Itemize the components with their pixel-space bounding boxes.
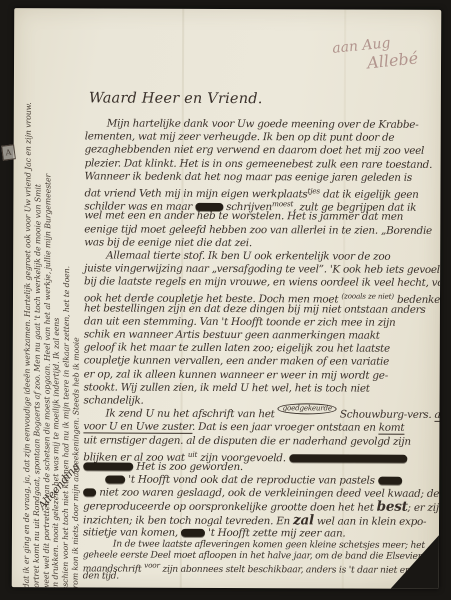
inserted-word: voor [144,561,160,570]
handwritten-text: dan uit een stemming. Van 't Hoofft toon… [84,315,396,328]
handwritten-text: Ik zend U nu het afschrift van het [105,408,277,421]
underlined-word: komt [379,422,405,435]
inserted-word: moest [272,199,293,208]
ink-scribble [378,477,402,485]
inserted-word: (zooals ze niet) [341,292,394,301]
handwritten-text: . Dat is een jaar vroeger ontstaan en [192,421,379,434]
handwritten-text: wel met een en ander heb te worstelen. H… [84,210,403,223]
handwritten-text: plezier. Dat klinkt. Het is in ons gemee… [85,157,433,171]
letter-line: gereproduceerde op oorspronkelijke groot… [83,500,441,515]
handwritten-text: ; er zijn zoovele [408,502,442,514]
inserted-word: tjes [307,186,320,195]
ink-scribble [105,476,125,484]
underlined-word: voor U en Uwe zuster [83,421,192,434]
emphasized-word: best [377,499,408,515]
letter-paper: aan Aug Allebé Waard Heer en Vriend. Mij… [12,8,442,589]
underlined-word: alleen [434,409,441,422]
margin-line: hierom kon ik niets, door mijn aanteeken… [71,48,83,589]
handwritten-text: lementen, wat mij zeer verheugde. Ik ben… [85,131,395,144]
letter-body: Mijn hartelijke dank voor Uw goede meeni… [83,117,441,583]
ink-scribble [289,454,407,463]
letter-line: uit ernstiger dagen. al de disputen die … [83,434,441,449]
handwritten-text: juiste vingerwijzing naar „versafgoding … [84,262,441,276]
handwritten-text: uit ernstiger dagen. al de disputen die … [83,434,410,447]
handwritten-text: was bij de eenige niet die dat zei. [84,236,252,249]
handwritten-text: gereproduceerde op oorspronkelijke groot… [83,501,377,514]
photo-background: aan Aug Allebé Waard Heer en Vriend. Mij… [0,0,451,600]
handwritten-text: Schouwburg-vers. [337,409,435,421]
circled-word: goedgekeurde [278,403,337,414]
handwritten-text: 't Hoofft zette mij zeer aan. [205,527,345,540]
handwritten-text: Het is zoo geworden. [133,460,243,472]
handwritten-text: stookt. Wij zullen zien, ik meld U het w… [84,381,370,394]
pencil-addressee-note: aan Aug Allebé [331,32,418,76]
handwritten-text: er op, zal ik alleen kunnen wanneer er w… [84,368,388,381]
margin-annotations: en dat ik er ging en de vraag, ja, dat z… [22,48,94,589]
handwritten-text: gezaghebbenden niet erg verwend en daaro… [85,144,425,157]
handwritten-text: schik en wanneer Artis bestuur geen aanm… [84,328,380,341]
handwritten-text: Wanneer ik bedenk dat het nog maar pas e… [85,170,413,183]
letter-line: maandschrift voor zijn abonnees stelt be… [83,561,441,573]
handwritten-text: coupletje kunnen vervallen, een ander ma… [84,355,389,368]
handwritten-text: niet zoo waren geslaagd, ook de verklein… [96,487,439,500]
handwritten-text: Allemaal tierte stof. Ik ben U ook erken… [106,249,390,262]
handwritten-text: inzichten; ik ben toch nogal tevreden. E… [83,514,293,527]
handwritten-text: geheele eerste Deel moet afloopen in het… [83,549,426,561]
boxed-archive-mark: A [1,144,16,160]
handwritten-text: het bestellingen zijn en dat deze dingen… [84,302,426,315]
inserted-word: uit [188,450,197,459]
letter-salutation: Waard Heer en Vriend. [89,90,263,107]
handwritten-text: eenige tijd moet geleefd hebben zoo van … [84,223,432,237]
emphasized-word: zal [293,512,314,528]
handwritten-text: 't Hoofft vond ook dat de reproductie va… [125,474,378,487]
handwritten-text: geloof ik het maar te zullen laten zoo; … [84,342,390,355]
handwritten-text: bij die laatste regels en mijn vrouwe, e… [84,276,441,290]
ink-scribble [181,529,205,537]
handwritten-text: sitietje van komen, [83,526,181,538]
handwritten-text: wel aan in klein expo- [314,515,427,527]
clipped-corner [389,533,441,589]
handwritten-text: Mijn hartelijke dank voor Uw goede meeni… [107,117,419,130]
